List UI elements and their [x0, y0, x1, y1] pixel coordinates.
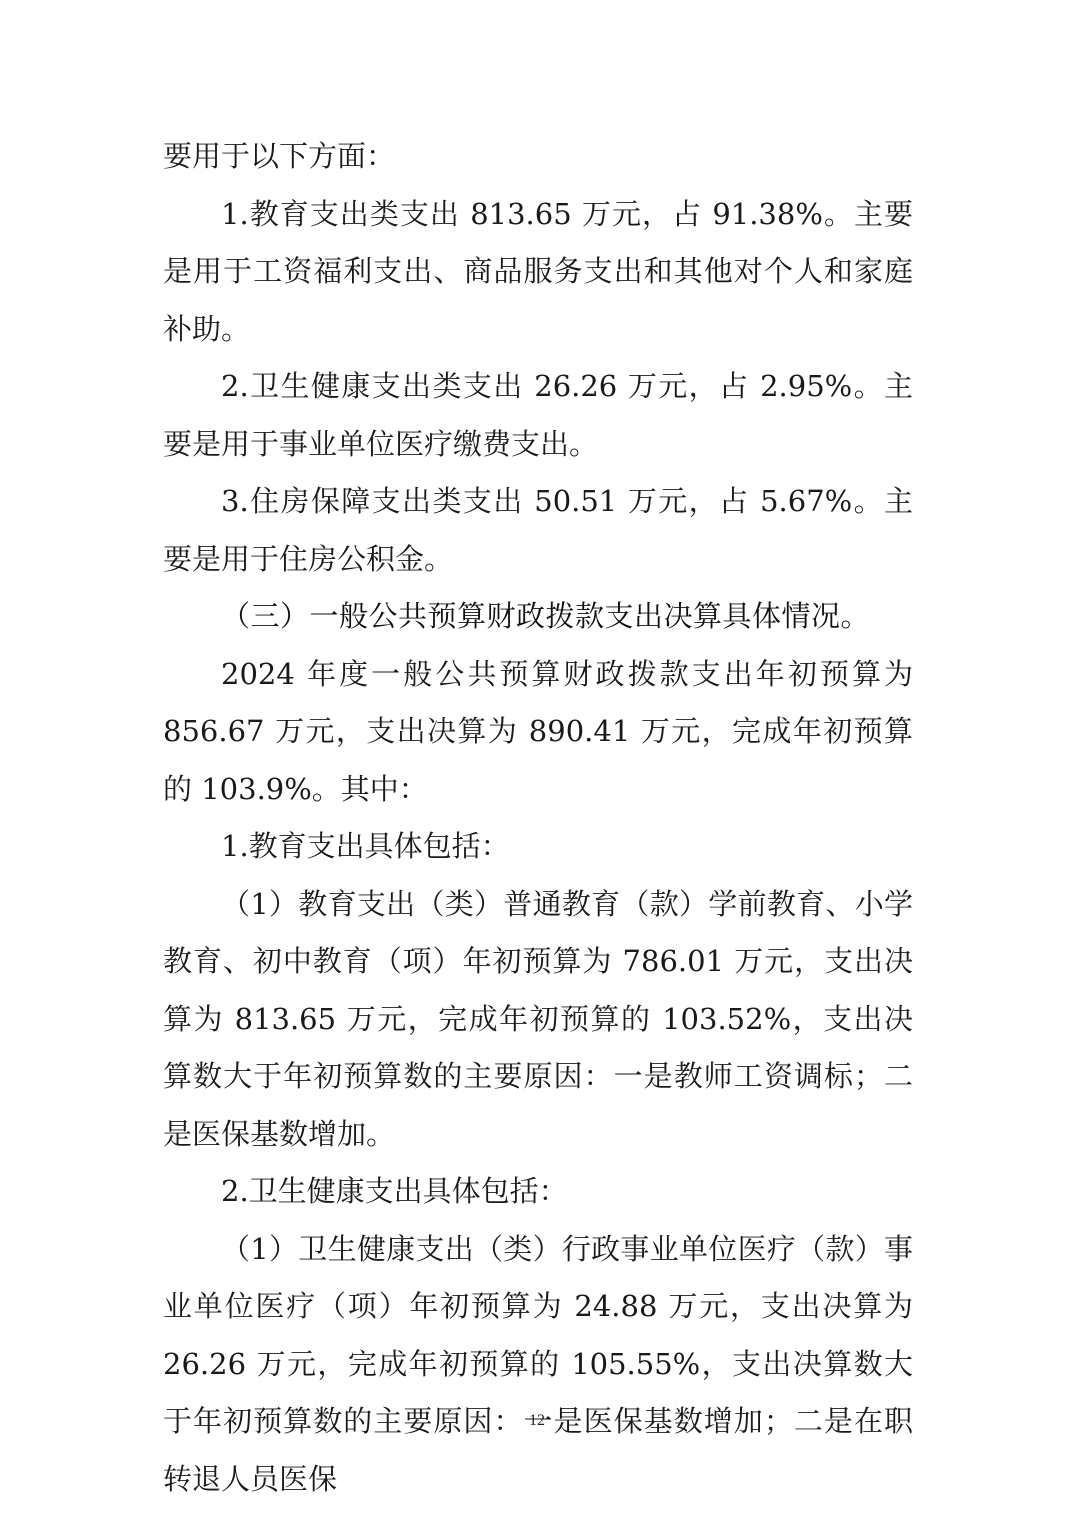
budget-summary: 2024 年度一般公共预算财政拨款支出年初预算为 856.67 万元，支出决算为… — [163, 646, 913, 819]
education-title: 1.教育支出具体包括： — [163, 818, 913, 876]
health-detail: （1）卫生健康支出（类）行政事业单位医疗（款）事业单位医疗（项）年初预算为 24… — [163, 1221, 913, 1509]
continuation-text: 要用于以下方面： — [163, 128, 913, 186]
expenditure-item-health: 2.卫生健康支出类支出 26.26 万元，占 2.95%。主要是用于事业单位医疗… — [163, 358, 913, 473]
page-number: 12 — [0, 1412, 1074, 1430]
expenditure-item-education: 1.教育支出类支出 813.65 万元，占 91.38%。主要是用于工资福利支出… — [163, 186, 913, 359]
section-heading: （三）一般公共预算财政拨款支出决算具体情况。 — [163, 588, 913, 646]
expenditure-item-housing: 3.住房保障支出类支出 50.51 万元，占 5.67%。主要是用于住房公积金。 — [163, 473, 913, 588]
document-page: 要用于以下方面： 1.教育支出类支出 813.65 万元，占 91.38%。主要… — [163, 128, 913, 1508]
health-title: 2.卫生健康支出具体包括： — [163, 1163, 913, 1221]
education-detail: （1）教育支出（类）普通教育（款）学前教育、小学教育、初中教育（项）年初预算为 … — [163, 876, 913, 1164]
